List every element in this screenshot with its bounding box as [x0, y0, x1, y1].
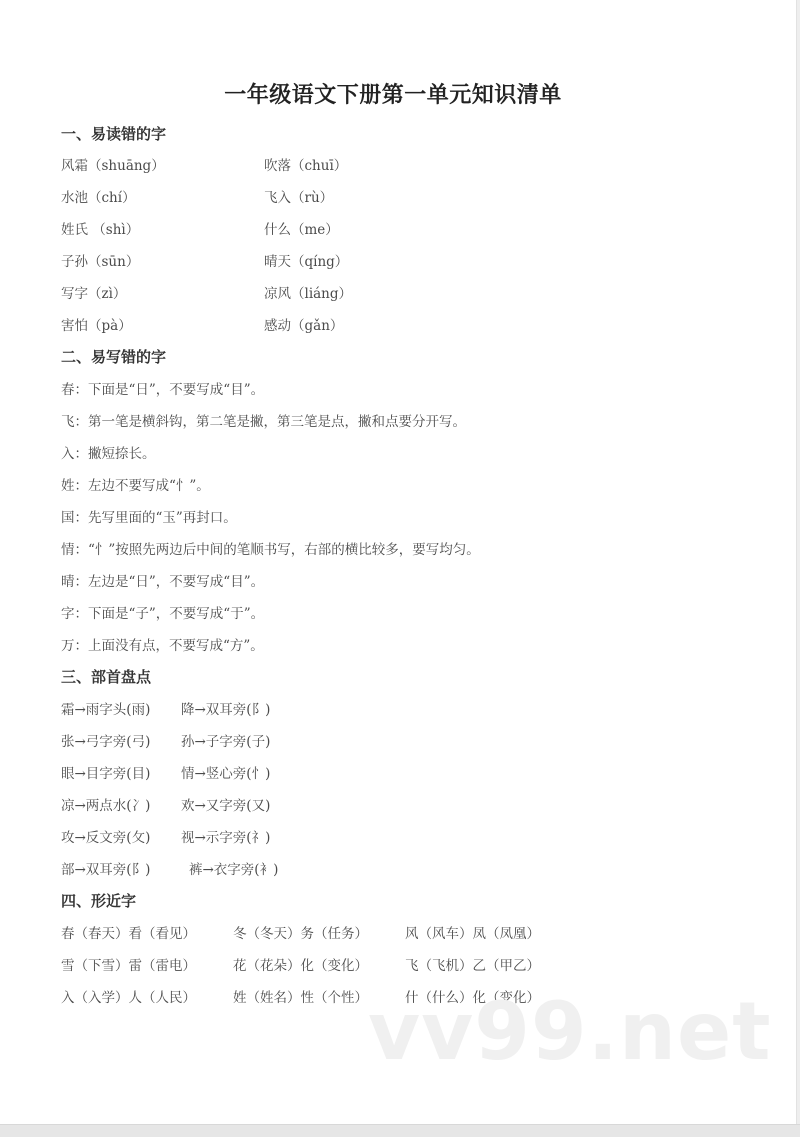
list-item: 春：下面是“日”，不要写成“目”。: [61, 378, 264, 398]
list-item: 飞（飞机）乙（甲乙）: [405, 954, 540, 974]
list-item: 感动（gǎn）: [264, 314, 343, 334]
list-item: 国：先写里面的“玉”再封口。: [61, 506, 237, 526]
list-item: 字：下面是“子”，不要写成“于”。: [61, 602, 264, 622]
list-item: 风（风车）凤（凤凰）: [405, 922, 540, 942]
list-item: 什么（me）: [264, 218, 339, 238]
list-item: 冬（冬天）务（任务）: [233, 922, 368, 942]
list-item: 情：“忄”按照先两边后中间的笔顺书写，右部的横比较多，要写均匀。: [61, 538, 480, 558]
list-item: 姓（姓名）性（个性）: [233, 986, 368, 1006]
list-item: 视→示字旁(礻): [181, 826, 270, 846]
list-item: 害怕（pà）: [61, 314, 132, 334]
page-bottom-edge: [0, 1124, 800, 1137]
list-item: 子孙（sūn）: [61, 250, 139, 270]
list-item: 眼→目字旁(目): [61, 762, 150, 782]
list-item: 花（花朵）化（变化）: [233, 954, 368, 974]
list-item: 晴：左边是“日”，不要写成“目”。: [61, 570, 264, 590]
list-item: 吹落（chuī）: [264, 154, 347, 174]
list-item: 裤→衣字旁(衤): [189, 858, 278, 878]
list-item: 水池（chí）: [61, 186, 136, 206]
watermark: vv99.net: [368, 992, 771, 1072]
list-item: 飞入（rù）: [264, 186, 333, 206]
list-item: 雪（下雪）雷（雷电）: [61, 954, 196, 974]
section-heading-similar-chars: 四、形近字: [61, 890, 136, 911]
list-item: 孙→子字旁(子): [181, 730, 270, 750]
list-item: 部→双耳旁(阝): [61, 858, 150, 878]
section-heading-radicals: 三、部首盘点: [61, 666, 151, 687]
list-item: 霜→雨字头(雨): [61, 698, 150, 718]
list-item: 飞：第一笔是横斜钩，第二笔是撇，第三笔是点，撇和点要分开写。: [61, 410, 466, 430]
list-item: 凉风（liáng）: [264, 282, 352, 302]
list-item: 降→双耳旁(阝): [181, 698, 270, 718]
section-heading-miswritten: 二、易写错的字: [61, 346, 166, 367]
document-title: 一年级语文下册第一单元知识清单: [0, 78, 786, 109]
list-item: 入（入学）人（人民）: [61, 986, 196, 1006]
list-item: 万：上面没有点，不要写成“方”。: [61, 634, 264, 654]
document-page: 一年级语文下册第一单元知识清单 一、易读错的字 风霜（shuāng） 吹落（ch…: [0, 0, 797, 1124]
list-item: 张→弓字旁(弓): [61, 730, 150, 750]
section-heading-misread: 一、易读错的字: [61, 123, 166, 144]
list-item: 姓：左边不要写成“忄”。: [61, 474, 210, 494]
list-item: 欢→又字旁(又): [181, 794, 270, 814]
list-item: 入：撇短捺长。: [61, 442, 156, 462]
list-item: 攻→反文旁(攵): [61, 826, 150, 846]
list-item: 姓氏 （shì）: [61, 218, 139, 238]
list-item: 写字（zì）: [61, 282, 126, 302]
list-item: 情→竖心旁(忄): [181, 762, 270, 782]
list-item: 晴天（qíng）: [264, 250, 348, 270]
list-item: 风霜（shuāng）: [61, 154, 165, 174]
list-item: 凉→两点水(冫): [61, 794, 150, 814]
list-item: 春（春天）看（看见）: [61, 922, 196, 942]
